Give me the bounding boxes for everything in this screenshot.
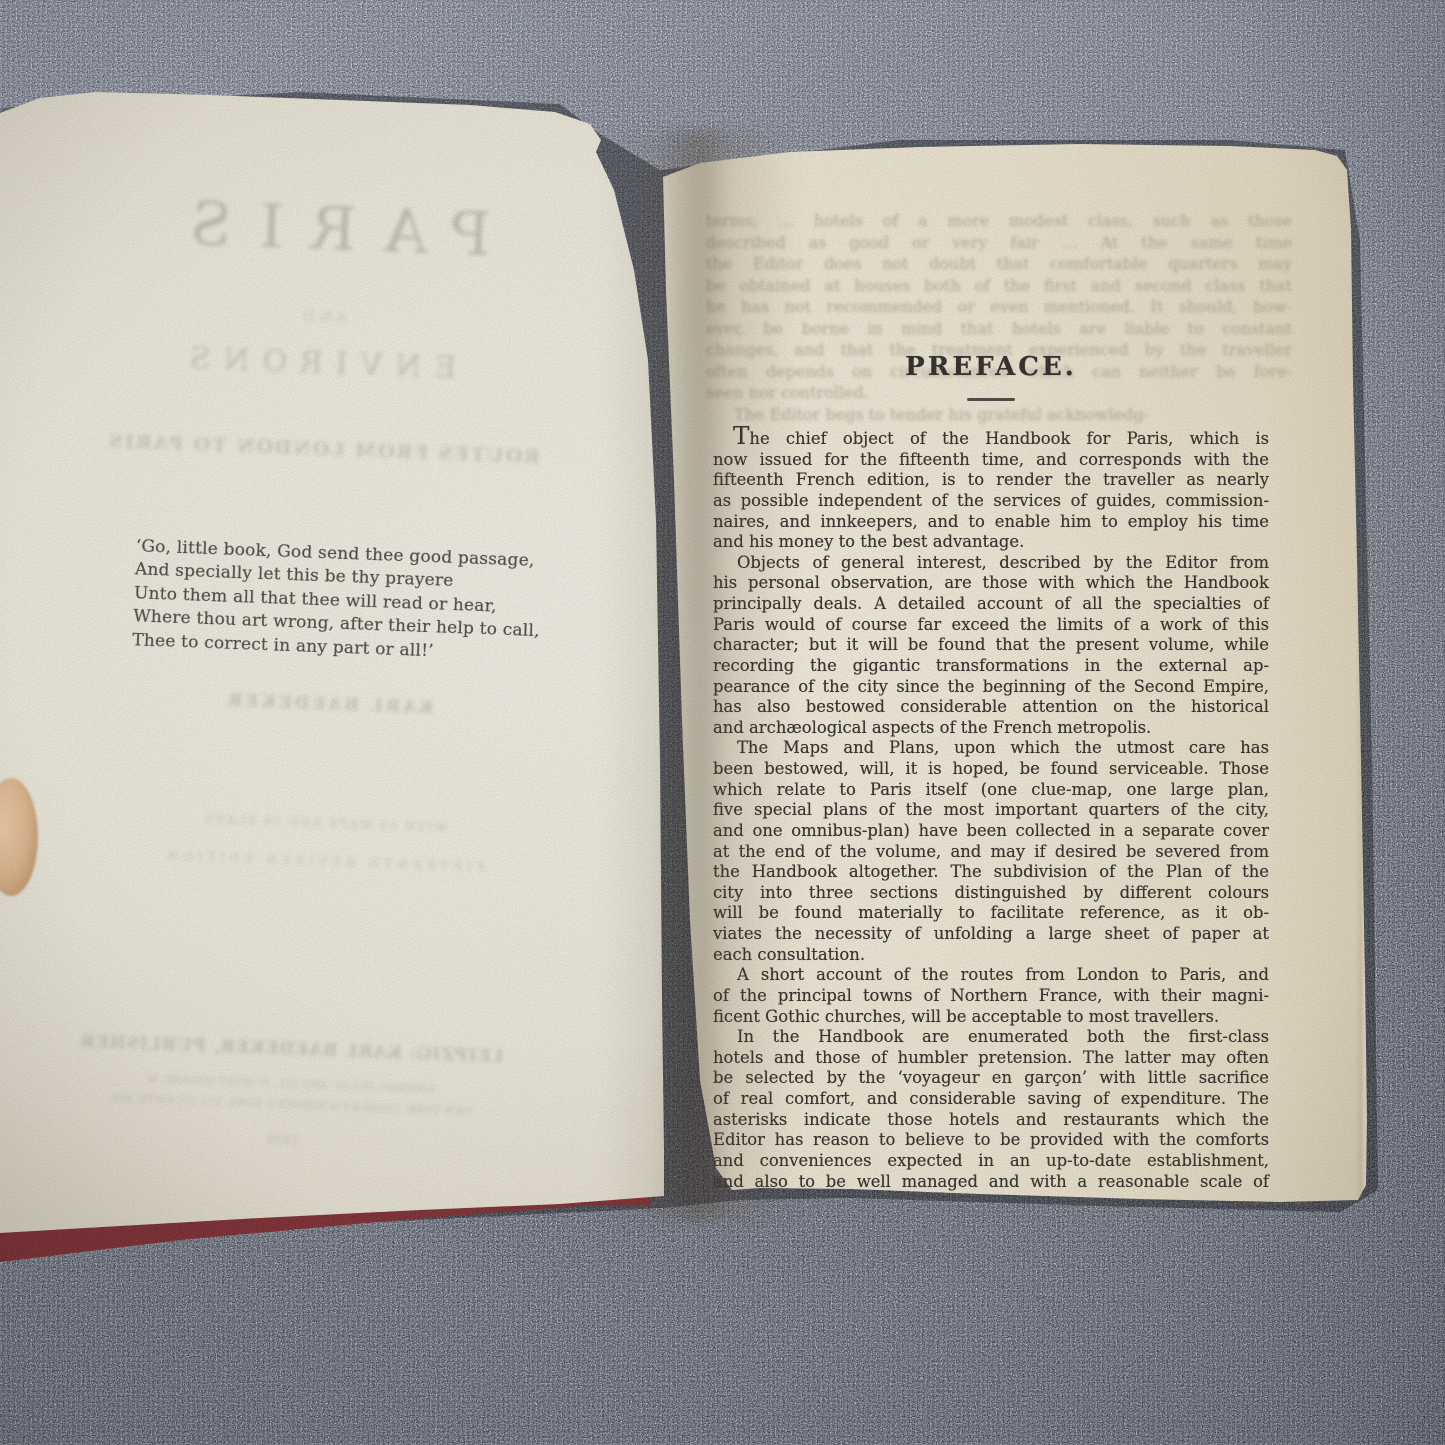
book-photo: PARIS AND ENVIRONS ROUTES FROM LONDON TO… <box>0 0 1445 1445</box>
vignette <box>0 0 1445 1445</box>
